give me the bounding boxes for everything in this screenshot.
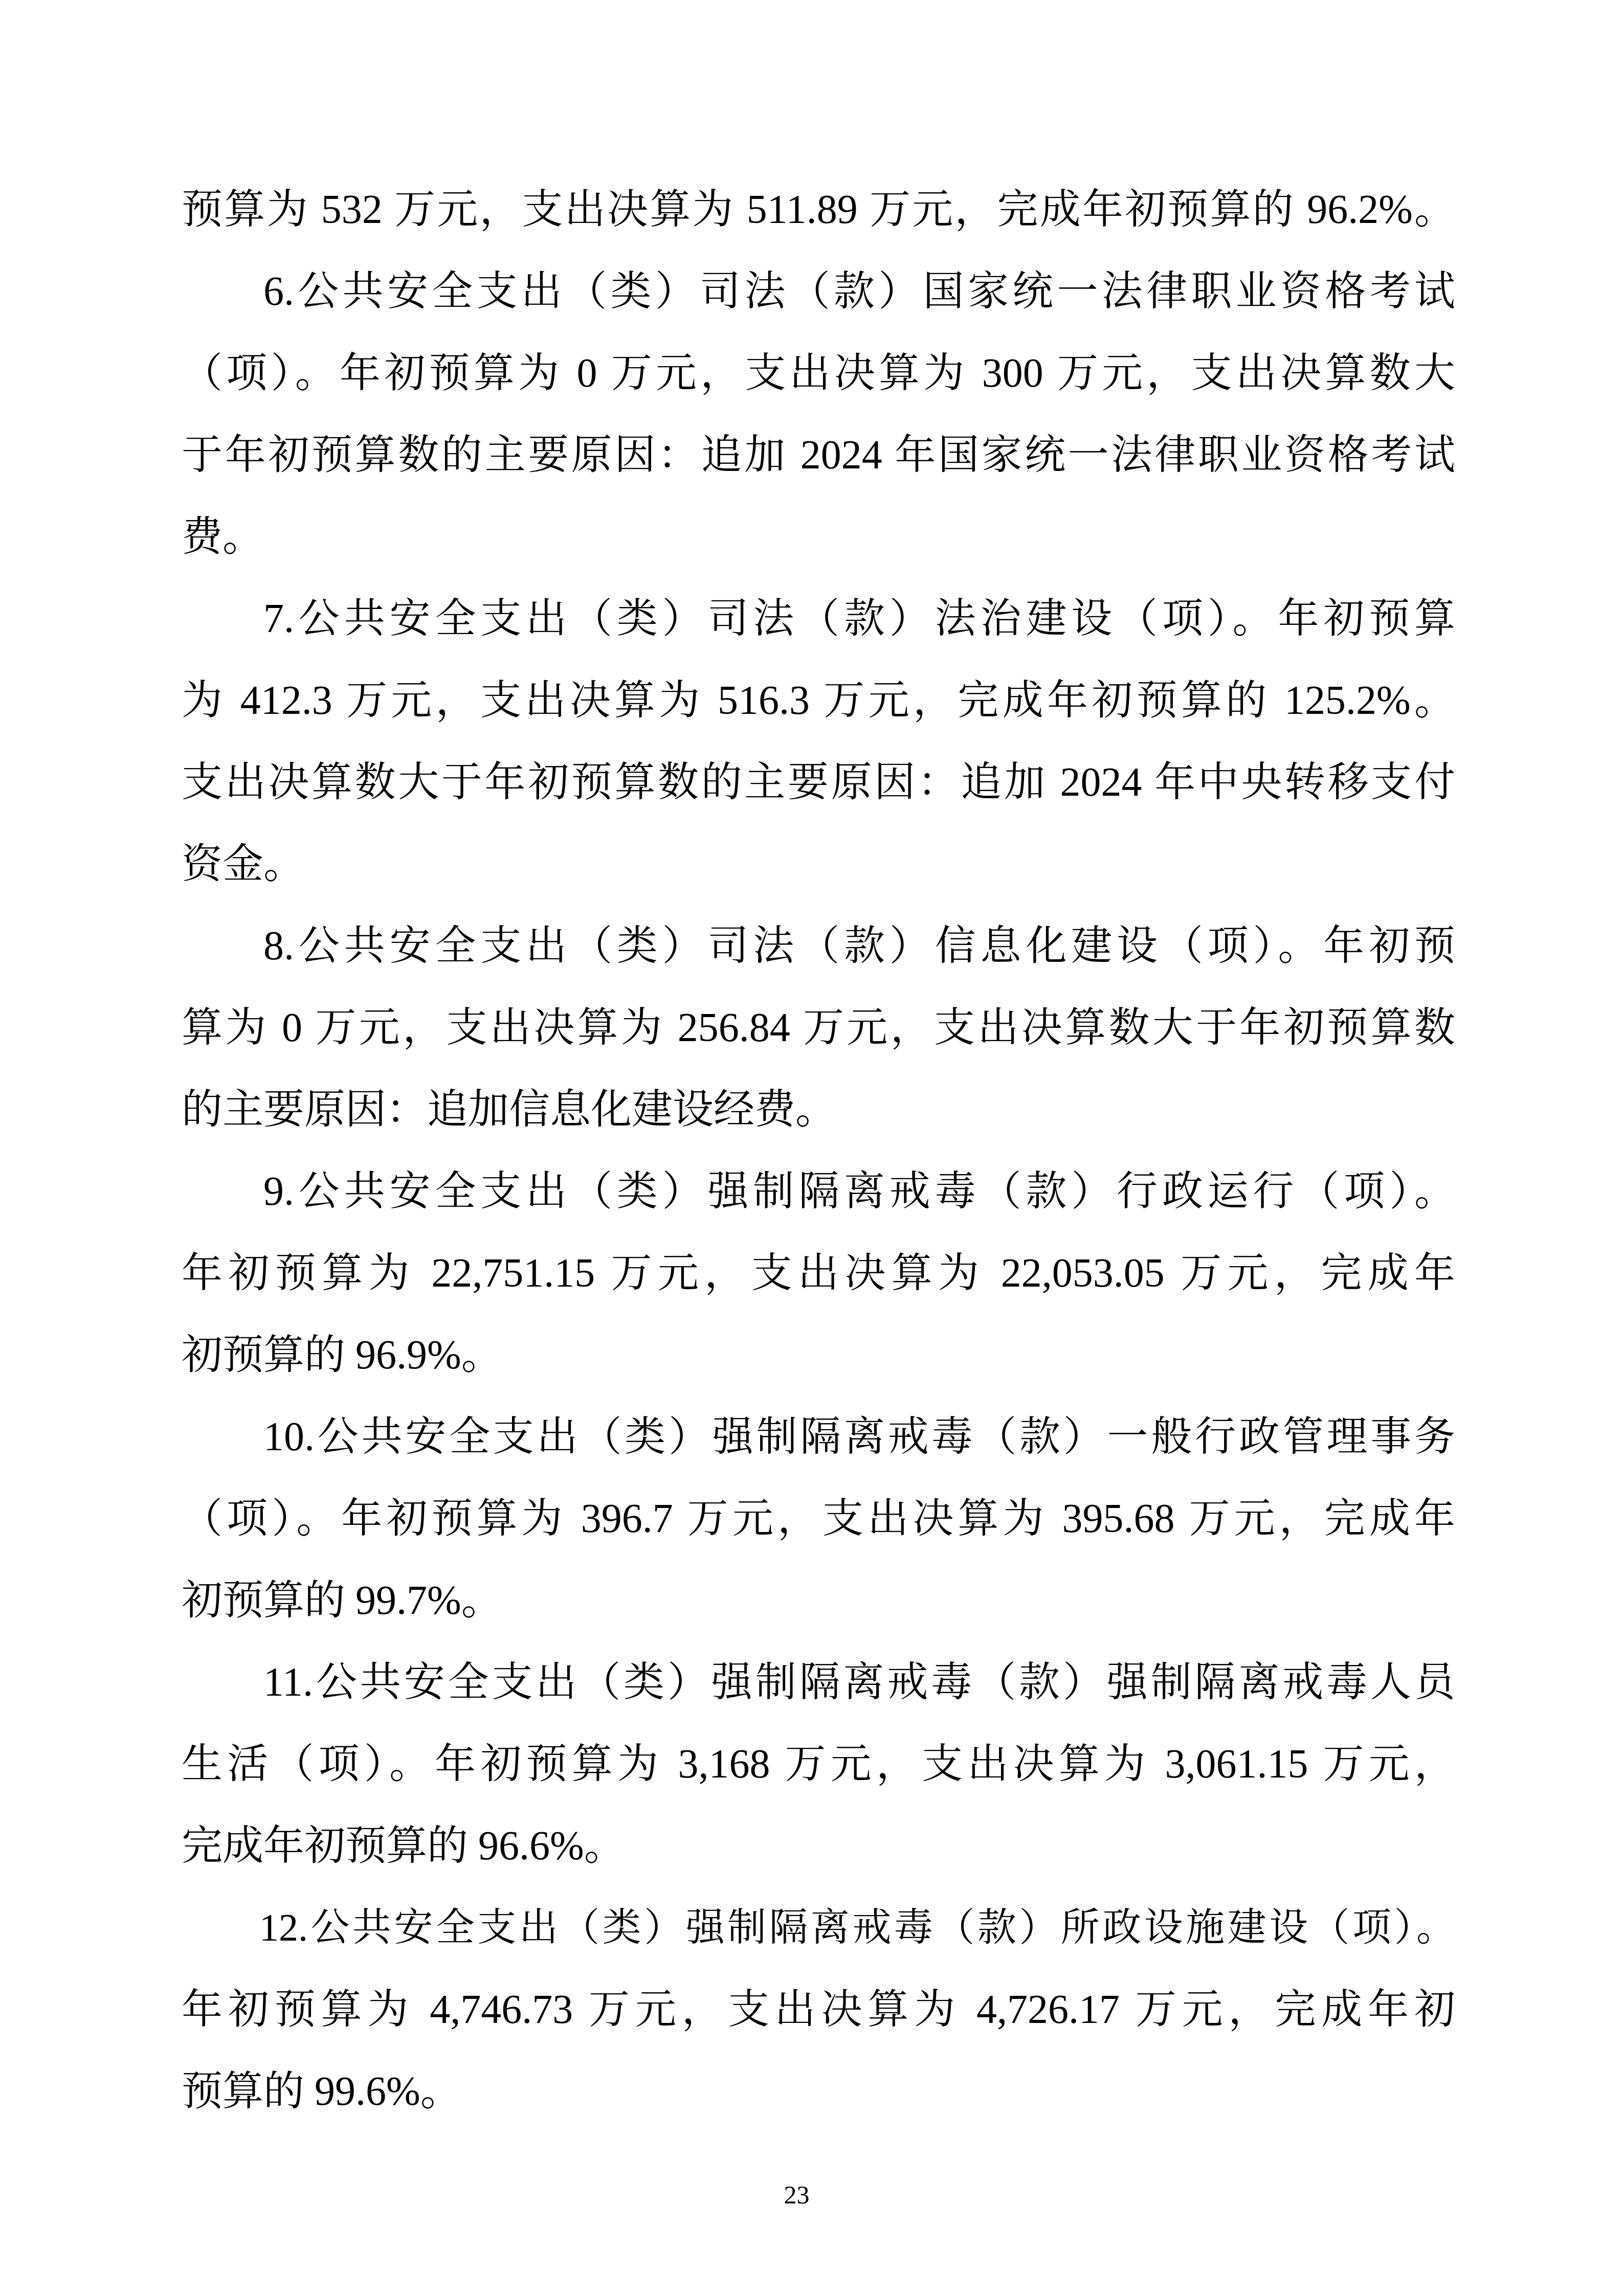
text-line: 预算的 99.6%。 bbox=[182, 2051, 1455, 2132]
document-text-block: 预算为 532 万元，支出决算为 511.89 万元，完成年初预算的 96.2%… bbox=[182, 169, 1455, 2132]
text-line: 12.公共安全支出（类）强制隔离戒毒（款）所政设施建设（项）。 bbox=[182, 1887, 1455, 1969]
text-line: （项）。年初预算为 396.7 万元，支出决算为 395.68 万元，完成年 bbox=[182, 1478, 1455, 1560]
text-line: 预算为 532 万元，支出决算为 511.89 万元，完成年初预算的 96.2%… bbox=[182, 169, 1455, 251]
text-line: 6.公共安全支出（类）司法（款）国家统一法律职业资格考试 bbox=[182, 251, 1455, 332]
text-line: 为 412.3 万元，支出决算为 516.3 万元，完成年初预算的 125.2%… bbox=[182, 660, 1455, 741]
text-line: 初预算的 96.9%。 bbox=[182, 1314, 1455, 1396]
text-line: 支出决算数大于年初预算数的主要原因：追加 2024 年中央转移支付 bbox=[182, 741, 1455, 823]
text-line: 初预算的 99.7%。 bbox=[182, 1560, 1455, 1641]
text-line: 年初预算为 22,751.15 万元，支出决算为 22,053.05 万元，完成… bbox=[182, 1232, 1455, 1314]
text-line: 11.公共安全支出（类）强制隔离戒毒（款）强制隔离戒毒人员 bbox=[182, 1641, 1455, 1723]
text-line: 8.公共安全支出（类）司法（款）信息化建设（项）。年初预 bbox=[182, 905, 1455, 987]
page-number: 23 bbox=[0, 2179, 1593, 2210]
text-line: 资金。 bbox=[182, 823, 1455, 905]
text-line: 7.公共安全支出（类）司法（款）法治建设（项）。年初预算 bbox=[182, 578, 1455, 660]
text-line: 算为 0 万元，支出决算为 256.84 万元，支出决算数大于年初预算数 bbox=[182, 987, 1455, 1069]
text-line: 的主要原因：追加信息化建设经费。 bbox=[182, 1069, 1455, 1151]
text-line: 年初预算为 4,746.73 万元，支出决算为 4,726.17 万元，完成年初 bbox=[182, 1969, 1455, 2051]
document-page: 预算为 532 万元，支出决算为 511.89 万元，完成年初预算的 96.2%… bbox=[0, 0, 1624, 2296]
text-line: 9.公共安全支出（类）强制隔离戒毒（款）行政运行（项）。 bbox=[182, 1151, 1455, 1232]
text-line: 生活（项）。年初预算为 3,168 万元，支出决算为 3,061.15 万元， bbox=[182, 1723, 1455, 1805]
text-line: 完成年初预算的 96.6%。 bbox=[182, 1805, 1455, 1887]
text-line: 费。 bbox=[182, 496, 1455, 578]
text-line: 于年初预算数的主要原因：追加 2024 年国家统一法律职业资格考试 bbox=[182, 414, 1455, 496]
text-line: 10.公共安全支出（类）强制隔离戒毒（款）一般行政管理事务 bbox=[182, 1396, 1455, 1478]
text-line: （项）。年初预算为 0 万元，支出决算为 300 万元，支出决算数大 bbox=[182, 332, 1455, 414]
